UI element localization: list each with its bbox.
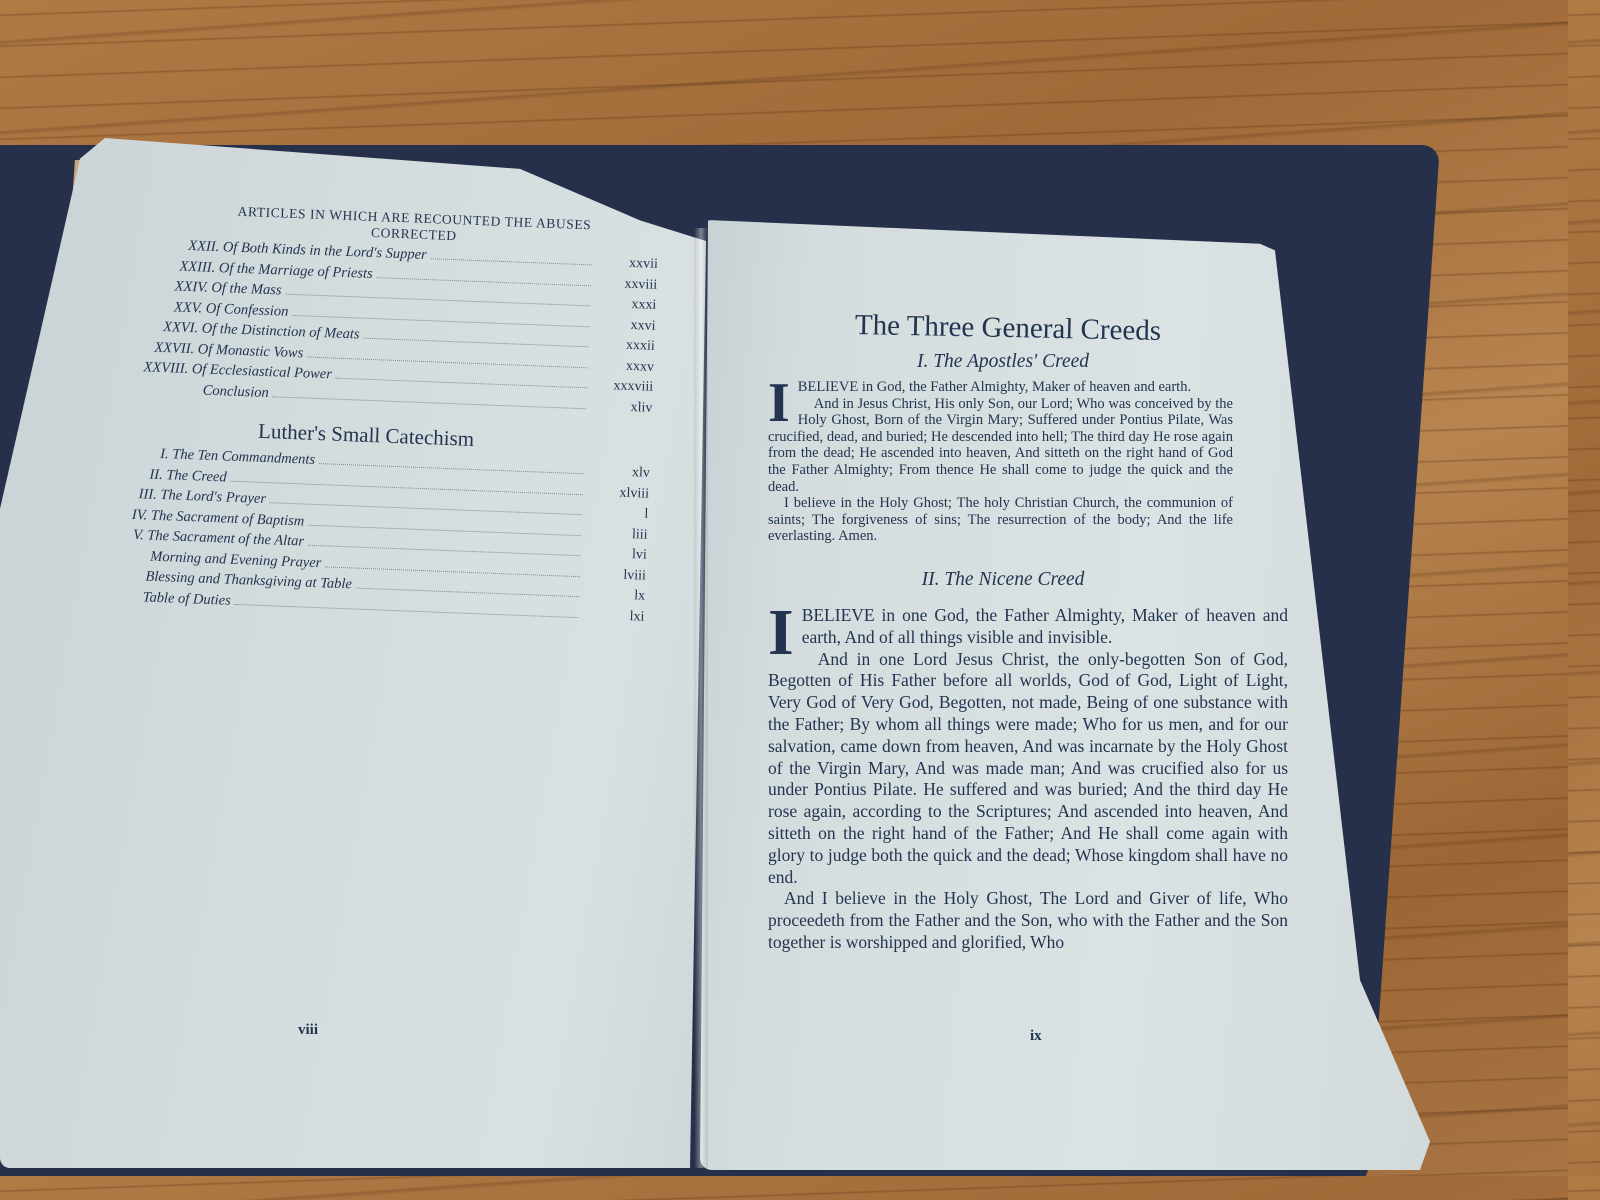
nicene-creed-text: I BELIEVE in one God, the Father Almight… (768, 605, 1288, 954)
toc-entry-page: xliv (592, 398, 653, 416)
toc-entry-page: lviii (586, 566, 647, 584)
toc-entry-label: Table of Duties (142, 589, 231, 609)
drop-cap: I (768, 607, 794, 659)
toc-entry-page: lxi (584, 607, 645, 625)
paragraph: BELIEVE in one God, the Father Almighty,… (768, 605, 1288, 649)
toc-entry-page: lvi (586, 545, 647, 563)
table-of-contents: ARTICLES IN WHICH ARE RECOUNTED THE ABUS… (124, 200, 659, 629)
leader-dots (325, 566, 580, 577)
toc-entry-page: liii (587, 525, 648, 543)
nicene-creed-heading: II. The Nicene Creed (768, 569, 1238, 591)
toc-entry-label: Conclusion (202, 382, 269, 402)
leader-dots (356, 588, 579, 598)
leader-dots (307, 356, 588, 368)
page-title: The Three General Creeds (773, 307, 1244, 349)
apostles-creed-text: I BELIEVE in God, the Father Almighty, M… (768, 379, 1233, 545)
book-gutter (694, 228, 708, 1168)
toc-entry-page: lx (585, 586, 646, 604)
toc-entry-page: xlv (590, 463, 651, 481)
leader-dots (308, 524, 581, 535)
creeds-content: The Three General Creeds I. The Apostles… (768, 312, 1298, 954)
toc-entry-label: XXIV. Of the Mass (174, 278, 281, 299)
leader-dots (308, 545, 581, 556)
toc-entry-page: l (588, 504, 649, 522)
catechism-list: I. The Ten Commandmentsxlv II. The Creed… (124, 445, 650, 629)
toc-entry-page: xxxii (594, 337, 655, 355)
toc-entry-label: I. The Ten Commandments (160, 446, 315, 469)
toc-entry-label: III. The Lord's Prayer (138, 486, 266, 508)
paragraph: I believe in the Holy Ghost; The holy Ch… (768, 495, 1233, 545)
leader-dots (336, 378, 587, 389)
drop-cap: I (768, 381, 790, 425)
left-page-number: viii (298, 1022, 318, 1039)
paragraph: And in Jesus Christ, His only Son, our L… (768, 396, 1233, 496)
toc-entry-page: xxxi (596, 296, 657, 314)
toc-entry-label: II. The Creed (149, 466, 227, 486)
leader-dots (377, 277, 592, 286)
leader-dots (273, 396, 587, 409)
toc-entry-page: xlviii (589, 484, 650, 502)
toc-entry-label: XXV. Of Confession (174, 299, 289, 320)
leader-dots (363, 338, 588, 348)
toc-entry-page: xxxv (594, 357, 655, 375)
paragraph: And I believe in the Holy Ghost, The Lor… (768, 888, 1288, 953)
toc-entry-page: xxvii (598, 255, 659, 273)
toc-entry-page: xxvi (595, 316, 656, 334)
right-page-number: ix (1030, 1028, 1042, 1045)
paragraph: And in one Lord Jesus Christ, the only-b… (768, 649, 1288, 889)
leader-dots (319, 463, 584, 474)
apostles-creed-heading: I. The Apostles' Creed (768, 351, 1238, 373)
leader-dots (431, 258, 592, 265)
articles-list: XXII. Of Both Kinds in the Lord's Supper… (132, 236, 658, 420)
toc-entry-page: xxviii (597, 275, 658, 293)
toc-entry-page: xxxviii (593, 378, 654, 396)
paragraph: BELIEVE in God, the Father Almighty, Mak… (768, 379, 1233, 396)
